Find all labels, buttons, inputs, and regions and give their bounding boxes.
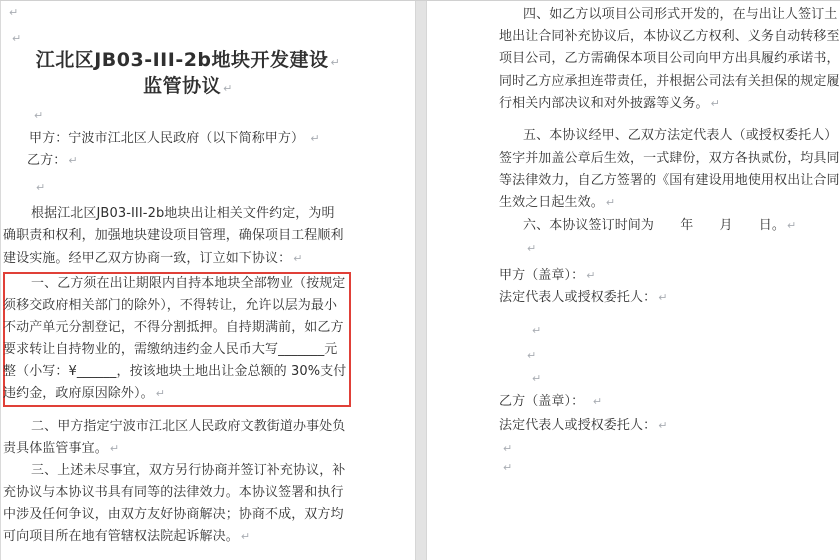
paragraph-mark-icon: ↵: [658, 419, 667, 432]
line-text: 项目公司，乙方需确保本项目公司向甲方出具履约承诺书，: [499, 51, 840, 66]
line-text: 建设实施。经甲乙双方协商一致，订立如下协议：: [3, 251, 291, 266]
paragraph-mark-icon: ↵: [503, 461, 512, 474]
page-gutter: [415, 1, 427, 560]
line-text: 确职责和权利，加强地块建设项目管理，确保项目工程顺利: [3, 228, 344, 243]
document-line: 六、本协议签订时间为 年 月 日。↵: [523, 215, 796, 237]
line-text: 四、如乙方以项目公司形式开发的，在与出让人签订土: [523, 7, 837, 22]
document-line: 须移交政府相关部门的除外），不得转让，允许以层为最小: [3, 295, 337, 317]
paragraph-mark-icon: ↵: [310, 132, 319, 145]
empty-paragraph-line: ↵: [501, 457, 512, 479]
paragraph-mark-icon: ↵: [787, 219, 796, 232]
line-text: 生效之日起生效。: [499, 195, 604, 210]
paragraph-mark-icon: ↵: [156, 387, 165, 400]
empty-paragraph-line: ↵: [32, 105, 43, 127]
line-text: 五、本协议经甲、乙双方法定代表人（或授权委托人）: [523, 128, 837, 143]
empty-paragraph-line: ↵: [525, 345, 536, 367]
line-text: 中涉及任何争议，由双方友好协商解决；协商不成，双方均: [3, 507, 344, 522]
line-text: 甲方（盖章）：: [499, 268, 584, 283]
document-line: 可向项目所在地有管辖权法院起诉解决。↵: [3, 526, 250, 548]
paragraph-mark-icon: ↵: [331, 56, 341, 69]
document-line: 签字并加盖公章后生效，一式肆份，双方各执贰份，均具同: [499, 148, 840, 170]
document-line: 四、如乙方以项目公司形式开发的，在与出让人签订土: [523, 4, 837, 26]
document-line: 充协议与本协议书具有同等的法律效力。本协议签署和执行: [3, 482, 344, 504]
line-text: 根据江北区JB03-III-2b地块出让相关文件约定，为明: [31, 206, 335, 221]
document-line: 建设实施。经甲乙双方协商一致，订立如下协议：↵: [3, 248, 303, 270]
line-text: 乙方：: [27, 153, 66, 168]
line-text: 法定代表人或授权委托人：: [499, 418, 656, 433]
line-text: 乙方（盖章）：: [499, 394, 591, 409]
line-text: 监管协议: [143, 75, 221, 97]
line-text: 整（小写：¥______，按该地块土地出让金总额的 30%支付: [3, 364, 346, 379]
line-text: 签字并加盖公章后生效，一式肆份，双方各执贰份，均具同: [499, 151, 840, 166]
document-line: 整（小写：¥______，按该地块土地出让金总额的 30%支付: [3, 361, 346, 383]
line-text: 可向项目所在地有管辖权法院起诉解决。: [3, 529, 239, 544]
line-text: 不动产单元分割登记，不得分割抵押。自持期满前，如乙方: [3, 320, 344, 335]
paragraph-mark-icon: ↵: [293, 252, 302, 265]
line-text: 等法律效力，自乙方签署的《国有建设用地使用权出让合同》: [499, 173, 840, 188]
paragraph-mark-icon: ↵: [532, 372, 541, 385]
document-line: 中涉及任何争议，由双方友好协商解决；协商不成，双方均: [3, 504, 344, 526]
line-text: 责具体监管事宜。: [3, 441, 108, 456]
line-text: 要求转让自持物业的，需缴纳违约金人民币大写_______元: [3, 342, 337, 357]
document-line: 责具体监管事宜。↵: [3, 438, 119, 460]
empty-paragraph-line: ↵: [7, 2, 18, 24]
paragraph-mark-icon: ↵: [110, 442, 119, 455]
document-line: 二、甲方指定宁波市江北区人民政府文教街道办事处负: [31, 416, 345, 438]
line-text: 行相关内部决议和对外披露等义务。: [499, 96, 709, 111]
line-text: 一、乙方须在出让期限内自持本地块全部物业（按规定: [31, 276, 345, 291]
paragraph-mark-icon: ↵: [34, 109, 43, 122]
paragraph-mark-icon: ↵: [527, 349, 536, 362]
line-text: 六、本协议签订时间为 年 月 日。: [523, 218, 785, 233]
paragraph-mark-icon: ↵: [711, 97, 720, 110]
paragraph-mark-icon: ↵: [606, 196, 615, 209]
document-line: 三、上述未尽事宜，双方另行协商并签订补充协议，补: [31, 460, 345, 482]
line-text: 违约金，政府原因除外）。: [3, 386, 154, 401]
document-line: 生效之日起生效。↵: [499, 192, 615, 214]
document-line: 不动产单元分割登记，不得分割抵押。自持期满前，如乙方: [3, 317, 344, 339]
document-view: ↵↵江北区JB03-III-2b地块开发建设↵监管协议↵↵甲方：宁波市江北区人民…: [0, 0, 840, 560]
paragraph-mark-icon: ↵: [9, 6, 18, 19]
line-text: 法定代表人或授权委托人：: [499, 290, 656, 305]
document-line: 确职责和权利，加强地块建设项目管理，确保项目工程顺利: [3, 225, 344, 247]
empty-paragraph-line: ↵: [34, 177, 45, 199]
line-text: 三、上述未尽事宜，双方另行协商并签订补充协议，补: [31, 463, 345, 478]
empty-paragraph-line: ↵: [530, 368, 541, 390]
document-line: 地出让合同补充协议后，本协议乙方权利、义务自动转移至: [499, 26, 840, 48]
empty-paragraph-line: ↵: [525, 238, 536, 260]
paragraph-mark-icon: ↵: [68, 154, 77, 167]
paragraph-mark-icon: ↵: [223, 82, 233, 95]
document-line: 违约金，政府原因除外）。↵: [3, 383, 165, 405]
document-line: 同时乙方应承担连带责任，并根据公司法有关担保的规定履: [499, 71, 840, 93]
document-line: 一、乙方须在出让期限内自持本地块全部物业（按规定: [31, 273, 345, 295]
empty-paragraph-line: ↵: [530, 320, 541, 342]
document-line: 乙方（盖章）： ↵: [499, 391, 602, 413]
line-text: 二、甲方指定宁波市江北区人民政府文教街道办事处负: [31, 419, 345, 434]
page-left: ↵↵江北区JB03-III-2b地块开发建设↵监管协议↵↵甲方：宁波市江北区人民…: [0, 1, 415, 560]
paragraph-mark-icon: ↵: [532, 324, 541, 337]
document-title-line: 监管协议↵: [1, 73, 375, 99]
document-line: 行相关内部决议和对外披露等义务。↵: [499, 93, 720, 115]
line-text: 江北区JB03-III-2b地块开发建设: [36, 49, 329, 71]
paragraph-mark-icon: ↵: [12, 32, 21, 45]
line-text: 充协议与本协议书具有同等的法律效力。本协议签署和执行: [3, 485, 344, 500]
page-right: 四、如乙方以项目公司形式开发的，在与出让人签订土地出让合同补充协议后，本协议乙方…: [427, 1, 840, 560]
paragraph-mark-icon: ↵: [658, 291, 667, 304]
line-text: 同时乙方应承担连带责任，并根据公司法有关担保的规定履: [499, 74, 840, 89]
document-line: 等法律效力，自乙方签署的《国有建设用地使用权出让合同》: [499, 170, 840, 192]
document-line: 要求转让自持物业的，需缴纳违约金人民币大写_______元: [3, 339, 337, 361]
paragraph-mark-icon: ↵: [241, 530, 250, 543]
document-line: 法定代表人或授权委托人：↵: [499, 415, 668, 437]
document-line: 乙方：↵: [27, 150, 78, 172]
document-line: 甲方：宁波市江北区人民政府（以下简称甲方） ↵: [29, 128, 320, 150]
paragraph-mark-icon: ↵: [586, 269, 595, 282]
document-line: 项目公司，乙方需确保本项目公司向甲方出具履约承诺书，: [499, 48, 840, 70]
document-line: 根据江北区JB03-III-2b地块出让相关文件约定，为明: [31, 203, 335, 225]
paragraph-mark-icon: ↵: [503, 442, 512, 455]
paragraph-mark-icon: ↵: [527, 242, 536, 255]
paragraph-mark-icon: ↵: [593, 395, 602, 408]
document-line: 甲方（盖章）：↵: [499, 265, 596, 287]
paragraph-mark-icon: ↵: [36, 181, 45, 194]
line-text: 须移交政府相关部门的除外），不得转让，允许以层为最小: [3, 298, 337, 313]
document-line: 法定代表人或授权委托人：↵: [499, 287, 668, 309]
document-line: 五、本协议经甲、乙双方法定代表人（或授权委托人）: [523, 125, 837, 147]
line-text: 地出让合同补充协议后，本协议乙方权利、义务自动转移至: [499, 29, 840, 44]
document-title-line: 江北区JB03-III-2b地块开发建设↵: [1, 47, 375, 73]
line-text: 甲方：宁波市江北区人民政府（以下简称甲方）: [29, 131, 308, 146]
